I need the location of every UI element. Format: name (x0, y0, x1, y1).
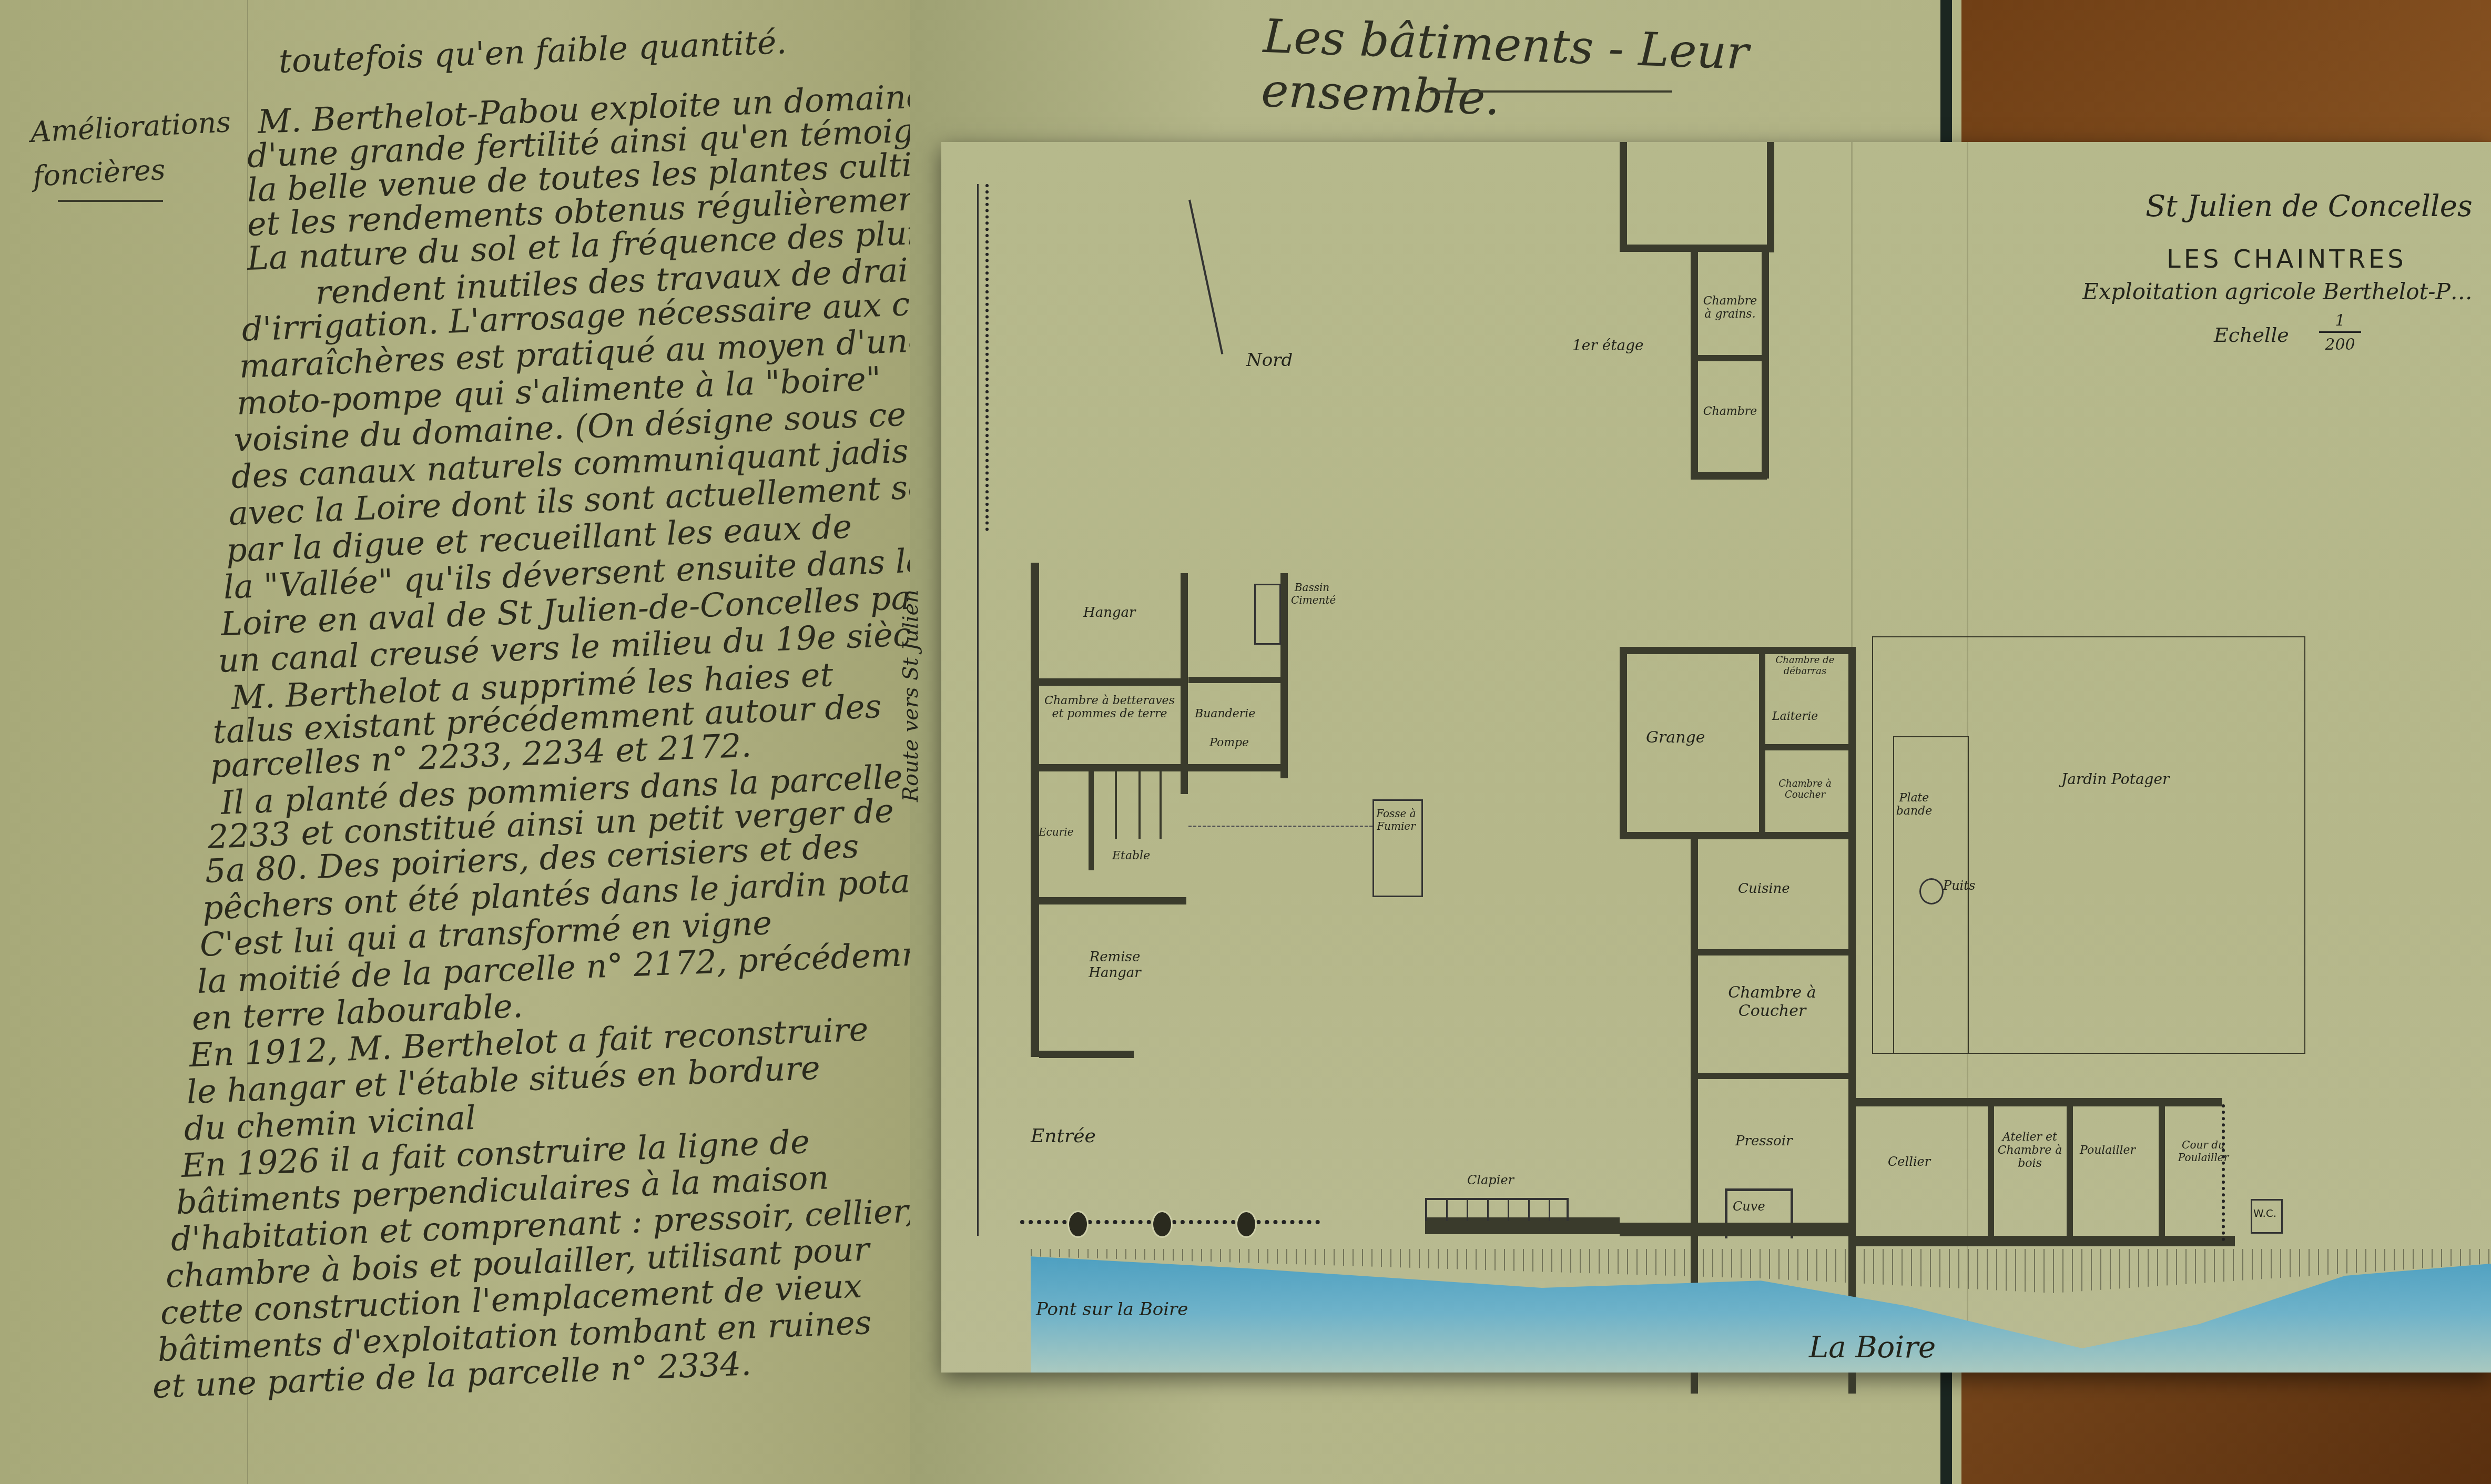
label-puits: Puits (1943, 878, 1975, 893)
label-la-boire: La Boire (1809, 1330, 1936, 1365)
room-chambre-coucher-1: Chambre à Coucher (1764, 778, 1846, 800)
room-remise-hangar: Remise Hangar (1073, 949, 1157, 981)
wall (1691, 472, 1767, 480)
wall (1188, 677, 1283, 683)
gate-post-icon (1152, 1211, 1173, 1238)
road-edge (977, 184, 979, 1236)
wall (1691, 1073, 1848, 1079)
plan-commune: St Julien de Concelles (2146, 189, 2473, 223)
room-cour-poulailler: Cour du Poulailler (2169, 1139, 2238, 1164)
room-laiterie: Laiterie (1772, 710, 1818, 723)
wall (1620, 647, 1627, 836)
wall (1039, 764, 1286, 771)
room-chambre-coucher-2: Chambre à Coucher (1704, 983, 1841, 1020)
wall (1620, 832, 1851, 839)
wall (1280, 573, 1288, 778)
room-chambre-betteraves: Chambre à betteraves et pommes de terre (1041, 694, 1178, 720)
room-atelier-chambre-bois: Atelier et Chambre à bois (1996, 1131, 2064, 1170)
label-bassin: Bassin Cimenté (1291, 581, 1333, 606)
stall (1138, 770, 1141, 839)
wall (2159, 1104, 2165, 1236)
front-wall (1620, 1223, 1851, 1236)
plan-exploitation: Exploitation agricole Berthelot-P… (2082, 279, 2473, 304)
wall (1031, 563, 1039, 1057)
room-poulailler: Poulailler (2080, 1144, 2136, 1157)
wall (1854, 1098, 2222, 1106)
stall (1115, 770, 1117, 839)
margin-heading-underline (58, 200, 163, 202)
site-plan-sheet: St Julien de Concelles LES CHAINTRES Exp… (941, 142, 2491, 1373)
wall (1181, 573, 1188, 794)
plan-lieu: LES CHAINTRES (2167, 245, 2407, 274)
scale-fraction-bar (2319, 331, 2361, 333)
text-line: toutefois qu'en faible quantité. (278, 23, 788, 80)
wall (1691, 250, 1698, 479)
label-pont-boire: Pont sur la Boire (1036, 1299, 1188, 1320)
label-wc: W.C. (2253, 1207, 2276, 1219)
room-chambre-grains: Chambre à grains. (1699, 294, 1762, 321)
wall (1759, 744, 1848, 750)
well-icon (1919, 878, 1944, 904)
scale-label: Echelle (2214, 323, 2289, 347)
wall (1620, 142, 1627, 247)
room-chambre-debarras: Chambre de débarras (1764, 655, 1846, 677)
room-grange: Grange (1646, 728, 1705, 747)
north-arrow-icon (1188, 200, 1223, 354)
left-page: Améliorations foncières toutefois qu'en … (0, 0, 926, 1484)
wall (1691, 949, 1848, 956)
room-cellier: Cellier (1888, 1154, 1930, 1169)
margin-heading: Améliorations foncières (29, 100, 234, 199)
room-hangar: Hangar (1083, 605, 1136, 621)
wall (1039, 678, 1181, 686)
room-ecurie: Ecurie (1039, 826, 1073, 838)
scale-denominator: 200 (2324, 336, 2356, 354)
wall (1762, 250, 1769, 479)
gate-post-icon (1067, 1211, 1089, 1238)
title-underline (1430, 90, 1672, 93)
scale-numerator: 1 (2324, 311, 2356, 330)
wall (1767, 142, 1774, 252)
wall (1988, 1104, 1994, 1236)
room-cuisine: Cuisine (1738, 881, 1790, 897)
floor-label: 1er étage (1572, 337, 1644, 354)
stall (1160, 770, 1162, 839)
stall (1089, 770, 1094, 870)
room-pressoir: Pressoir (1735, 1133, 1792, 1149)
wall (1620, 647, 1851, 654)
clapier-hutch (1425, 1198, 1569, 1221)
label-pompe: Pompe (1209, 736, 1249, 749)
north-label: Nord (1246, 350, 1293, 371)
label-cuve: Cuve (1733, 1199, 1765, 1214)
drain-line (1188, 826, 1372, 827)
label-jardin-potager: Jardin Potager (2061, 770, 2170, 788)
label-fosse: Fosse à Fumier (1374, 807, 1419, 832)
label-entree: Entrée (1031, 1125, 1096, 1147)
label-clapier: Clapier (1467, 1173, 1514, 1187)
wall (1851, 1236, 2235, 1246)
page-title: Les bâtiments - Leur ensemble. (1260, 9, 1963, 141)
wall (1039, 897, 1186, 904)
room-chambre-etage: Chambre (1699, 405, 1762, 418)
bassin-tank (1254, 584, 1281, 645)
wall (1039, 1051, 1134, 1058)
wall (2067, 1104, 2073, 1236)
room-etable: Etable (1112, 849, 1150, 862)
room-buanderie: Buanderie (1195, 707, 1255, 720)
label-plate-bande: Plate bande (1896, 791, 1933, 818)
fence (985, 184, 989, 531)
fence (2222, 1104, 2225, 1241)
gate-post-icon (1236, 1211, 1257, 1238)
road-label: Route vers St Julien (899, 589, 923, 802)
wall (1691, 355, 1767, 361)
